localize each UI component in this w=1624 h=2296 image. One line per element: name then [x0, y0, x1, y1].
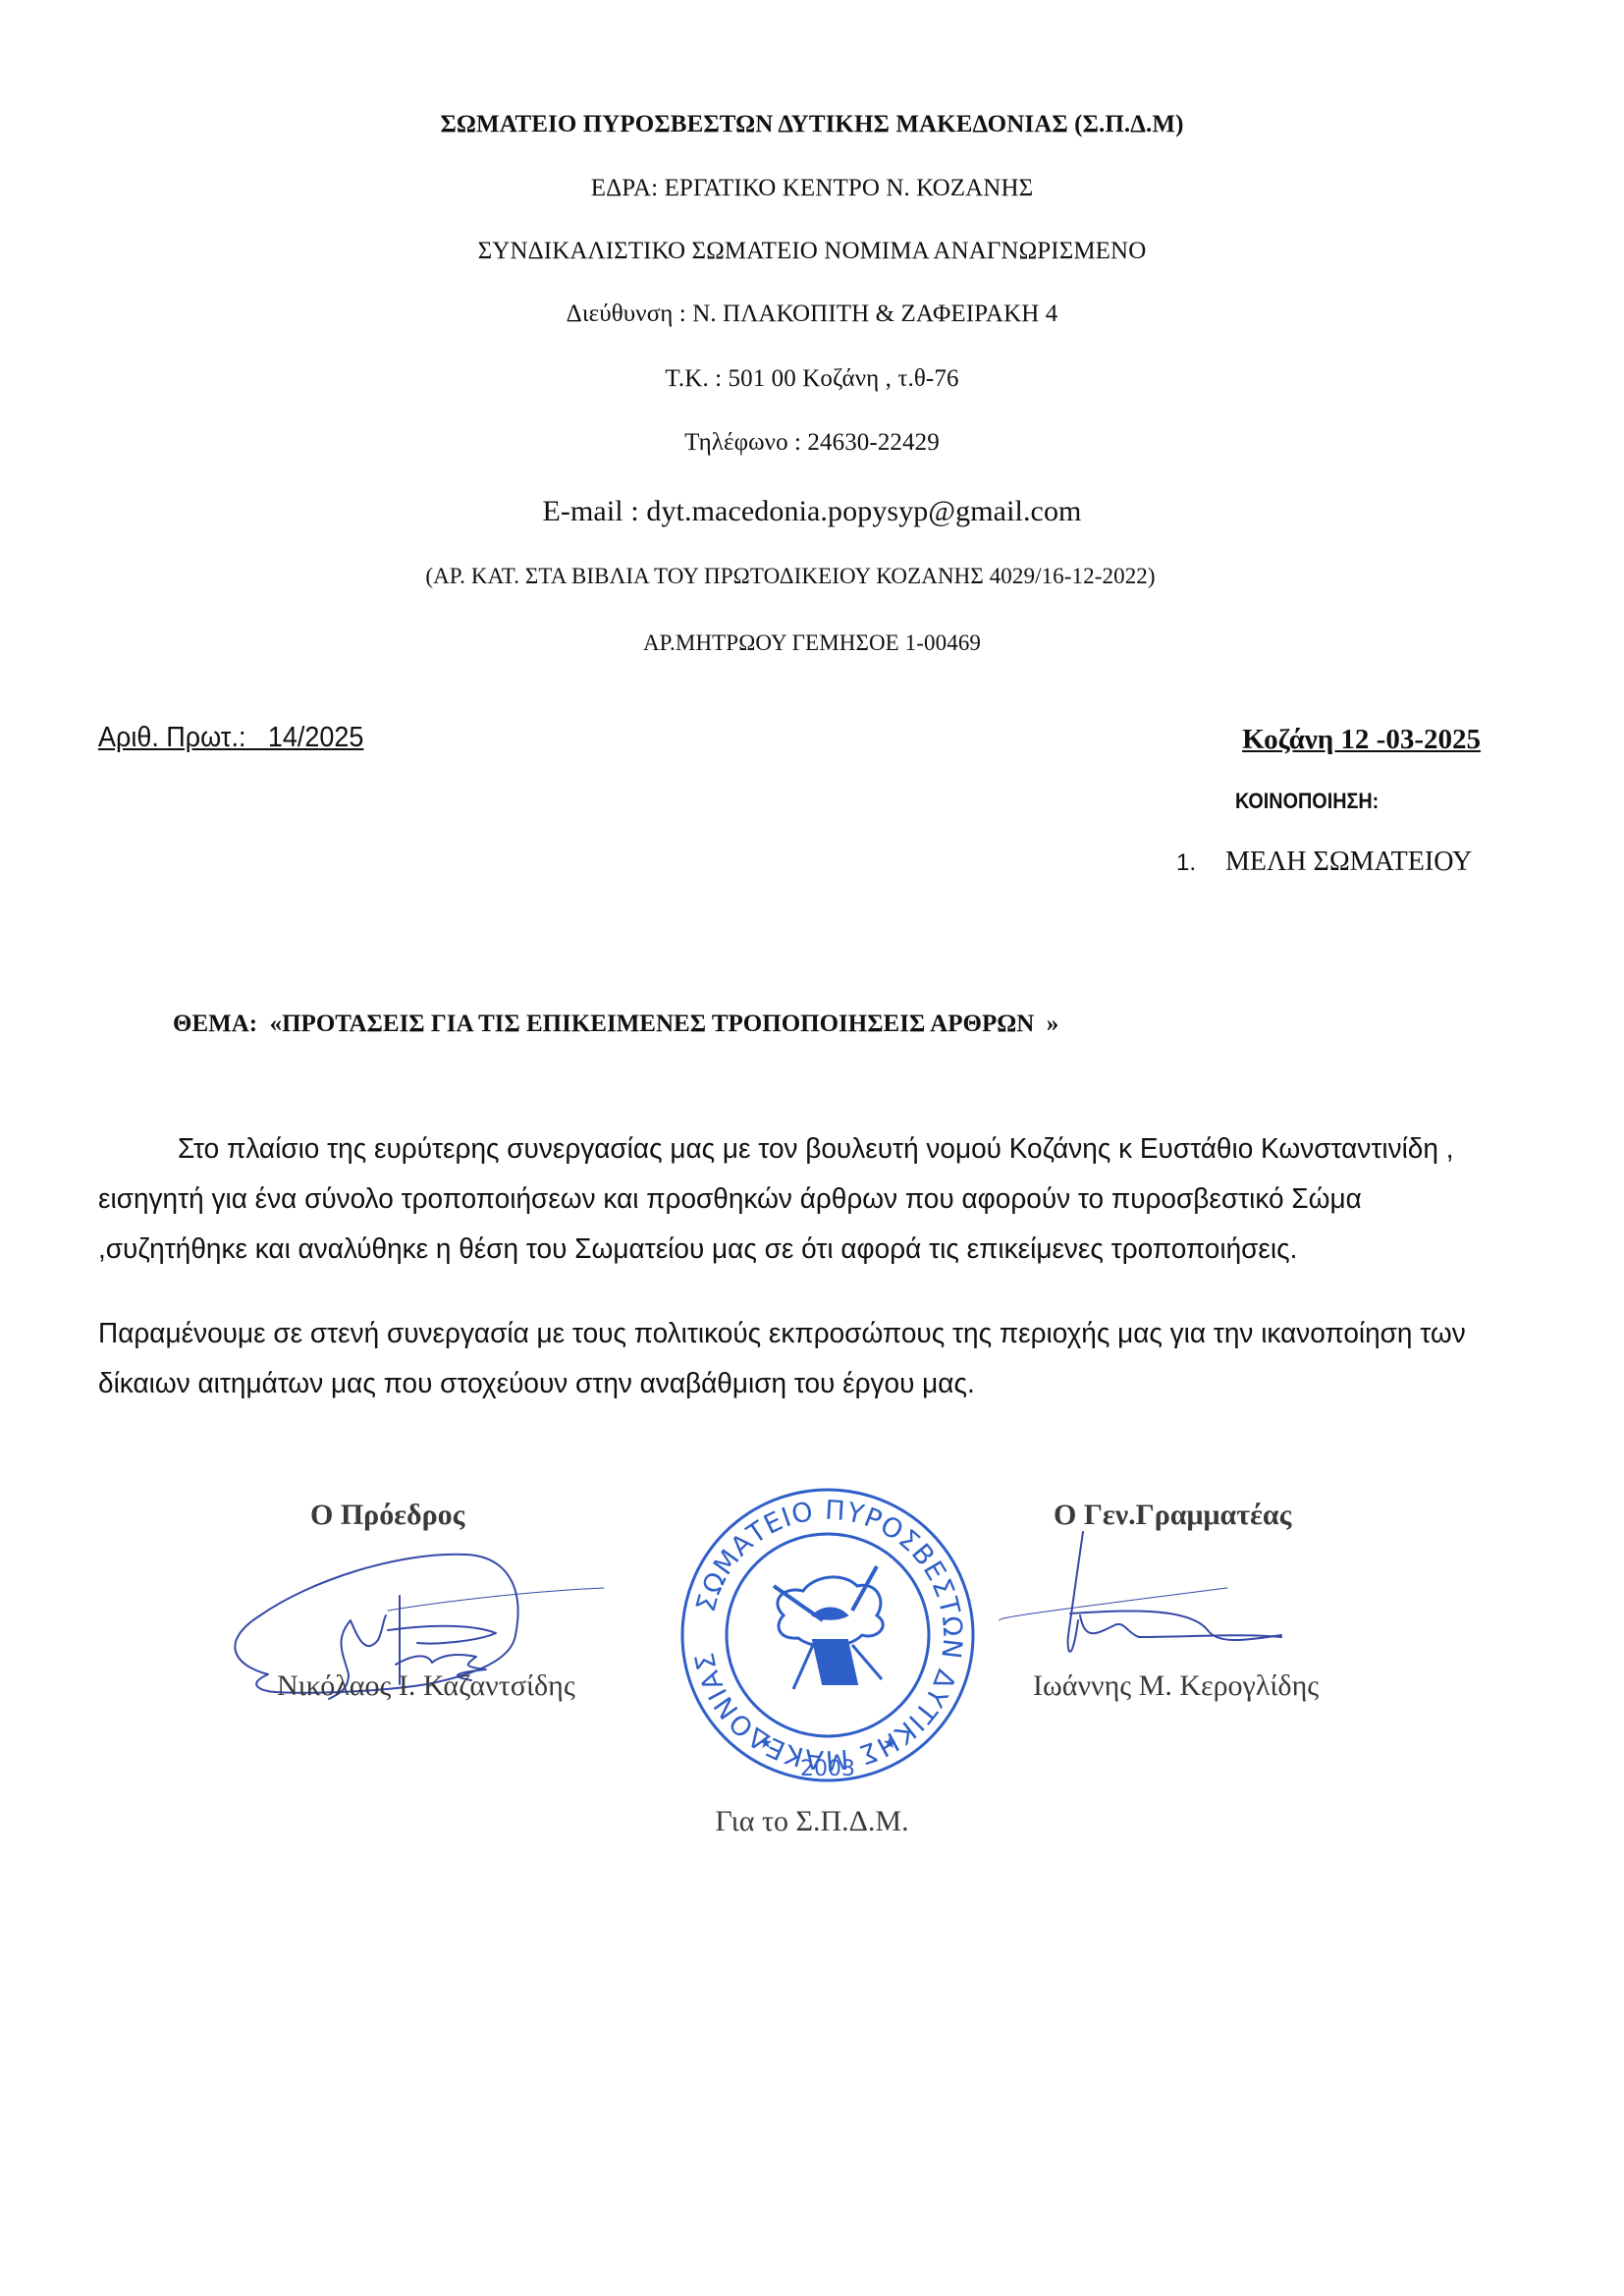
svg-text:2003: 2003	[800, 1757, 855, 1781]
notify-recipient-name: ΜΕΛΗ ΣΩΜΑΤΕΙΟΥ	[1225, 847, 1472, 877]
secretary-name: Ιωάννης Μ. Κερογλίδης	[1033, 1669, 1319, 1703]
president-name: Νικόλαος Ι. Καζαντσίδης	[277, 1669, 575, 1703]
org-phone: Τηλέφωνο : 24630-22429	[0, 429, 1624, 457]
org-status: ΣΥΝΔΙΚΑΛΙΣΤΙΚΟ ΣΩΜΑΤΕΙΟ ΝΟΜΙΜΑ ΑΝΑΓΝΩΡΙΣ…	[0, 238, 1624, 265]
svg-text:★: ★	[883, 1735, 896, 1752]
org-address: Διεύθυνση : Ν. ΠΛΑΚΟΠΙΤΗ & ΖΑΦΕΙΡΑΚΗ 4	[0, 301, 1624, 328]
document-date: Κοζάνη 12 -03-2025	[1242, 724, 1481, 756]
court-registry: (ΑΡ. ΚΑΤ. ΣΤΑ ΒΙΒΛΙΑ ΤΟΥ ΠΡΩΤΟΔΙΚΕΙΟΥ ΚΟ…	[0, 564, 1581, 589]
notify-recipient-number: 1.	[1176, 849, 1225, 877]
svg-text:★: ★	[759, 1735, 773, 1752]
protocol-number: Αριθ. Πρωτ.: 14/2025	[98, 722, 363, 754]
subject-line: ΘΕΜΑ: «ΠΡΟΤΑΣΕΙΣ ΓΙΑ ΤΙΣ ΕΠΙΚΕΙΜΕΝΕΣ ΤΡΟ…	[173, 1011, 1058, 1038]
org-email[interactable]: E-mail : dyt.macedonia.popysyp@gmail.com	[0, 495, 1624, 528]
body-paragraph: Παραμένουμε σε στενή συνεργασία με τους …	[98, 1309, 1482, 1409]
on-behalf-label: Για το Σ.Π.Δ.Μ.	[0, 1805, 1624, 1838]
secretary-signature-icon	[992, 1527, 1306, 1674]
org-postal: Τ.Κ. : 501 00 Κοζάνη , τ.θ-76	[0, 365, 1624, 393]
notify-label: ΚΟΙΝΟΠΟΙΗΣΗ:	[1235, 789, 1379, 814]
union-stamp-icon: ΣΩΜΑΤΕΙΟ ΠΥΡΟΣΒΕΣΤΩΝ ΔΥΤΙΚΗΣ ΜΑΚΕΔΟΝΙΑΣ …	[676, 1483, 980, 1787]
body-paragraph: Στο πλαίσιο της ευρύτερης συνεργασίας μα…	[98, 1124, 1482, 1275]
org-seat: ΕΔΡΑ: ΕΡΓΑΤΙΚΟ ΚΕΝΤΡΟ Ν. ΚΟΖΑΝΗΣ	[0, 175, 1624, 202]
registry-number: ΑΡ.ΜΗΤΡΩΟΥ ΓΕΜΗΣΟΕ 1-00469	[0, 630, 1624, 656]
org-name: ΣΩΜΑΤΕΙΟ ΠΥΡΟΣΒΕΣΤΩΝ ΔΥΤΙΚΗΣ ΜΑΚΕΔΟΝΙΑΣ …	[0, 111, 1624, 138]
notify-recipient: 1.ΜΕΛΗ ΣΩΜΑΤΕΙΟΥ	[1176, 847, 1472, 878]
